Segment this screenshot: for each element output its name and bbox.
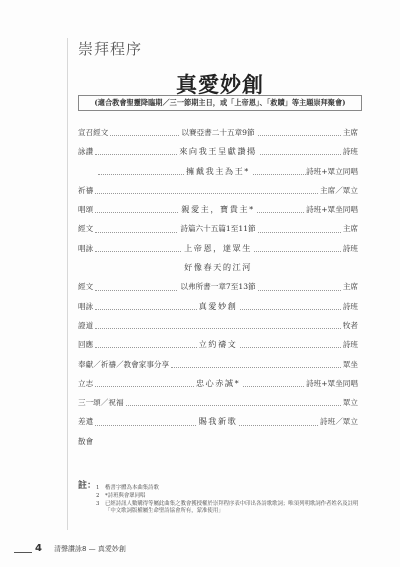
item-leader: 眾立 [343, 393, 358, 412]
footer-title: 清聲讚詠8 — 真愛妙創 [54, 544, 126, 554]
item-label: 唱詠 [78, 297, 93, 316]
section-title: 崇拜程序 [78, 38, 142, 59]
note-item: 3已經詩訊人數購得等屬此曲集之教會獲授權於崇拜程序表中印出各詩歌歌詞；唯須列明歌… [96, 501, 368, 517]
service-item: 祈禱主席／眾立 [78, 181, 358, 200]
note-number: 1 [96, 485, 105, 493]
leader-dots [95, 328, 341, 329]
service-item: 經文詩篇六十五篇1至11節主席 [78, 219, 358, 238]
item-label: 證道 [78, 316, 93, 335]
hymn-title: 好像春天的江河 [78, 258, 358, 277]
service-item: 立志忠心赤誠*詩班+眾坐同唱 [78, 374, 358, 393]
hymn-title: 賜我新歌 [78, 412, 358, 431]
service-item: 宣召經文以賽亞書二十五章9節主席 [78, 123, 358, 142]
subtitle-box: (適合教會聖靈降臨期／三一節期主日，或「上帝恩」、「救贖」等主題崇拜聚會) [78, 95, 362, 111]
item-label: 回應 [78, 335, 93, 354]
leader-dots [95, 347, 341, 348]
item-leader: 牧者 [343, 316, 358, 335]
leader-dots [126, 405, 341, 406]
item-label: 宣召經文 [78, 123, 108, 142]
leader-dots [95, 290, 341, 291]
leader-dots [110, 135, 340, 136]
hymn-title: 立約禱文 [78, 335, 358, 354]
page-number: 4 [35, 543, 42, 554]
item-label: 立志 [78, 374, 93, 393]
service-item: 好像春天的江河 [78, 258, 358, 277]
note-text: *詩班與會眾同唱 [105, 493, 145, 501]
notes-list: 1楷書字體為本曲集詩歌2*詩班與會眾同唱3已經詩訊人數購得等屬此曲集之教會獲授權… [96, 485, 368, 516]
item-label: 唱頌 [78, 200, 93, 219]
item-label: 三一頌／祝福 [78, 393, 124, 412]
page-footer: 4 清聲讚詠8 — 真愛妙創 [14, 543, 126, 554]
service-item: 唱詠上帝恩，達眾生詩班 [78, 239, 358, 258]
item-label: 詠讚 [78, 142, 93, 161]
leader-dots [98, 174, 306, 175]
leader-dots [95, 232, 341, 233]
notes-heading: 註： [78, 483, 96, 491]
service-item: 回應立約禱文詩班 [78, 335, 358, 354]
hymn-title: 來向我王呈獻讚揚 [78, 142, 358, 161]
item-leader: 詩班 [343, 297, 358, 316]
footer-rule [14, 552, 32, 553]
scripture-reference: 詩篇六十五篇1至11節 [78, 219, 358, 238]
leader-dots [171, 367, 341, 368]
service-item: 唱詠真愛妙創詩班 [78, 297, 358, 316]
item-label: 奉獻／祈禱／教會家事分享 [78, 355, 169, 374]
leader-dots [95, 251, 341, 252]
item-leader: 主席 [343, 219, 358, 238]
order-of-service: 宣召經文以賽亞書二十五章9節主席詠讚來向我王呈獻讚揚詩班擁戴我主為王*詩班+眾立… [78, 123, 358, 451]
item-content: 好像春天的江河 [182, 262, 254, 272]
item-leader: 詩班 [343, 335, 358, 354]
item-leader: 詩班+眾立同唱 [306, 162, 358, 181]
footnotes: 註： 1楷書字體為本曲集詩歌2*詩班與會眾同唱3已經詩訊人數購得等屬此曲集之教會… [78, 485, 368, 516]
item-leader: 主席 [343, 123, 358, 142]
service-item: 證道牧者 [78, 316, 358, 335]
note-item: 2*詩班與會眾同唱 [96, 493, 368, 501]
service-item: 差遣賜我新歌詩班／眾立 [78, 412, 358, 431]
item-label: 經文 [78, 277, 93, 296]
service-item: 經文以弗所書一章7至13節主席 [78, 277, 358, 296]
hymn-title: 真愛妙創 [78, 297, 358, 316]
service-item: 三一頌／祝福眾立 [78, 393, 358, 412]
leader-dots [95, 425, 318, 426]
item-label: 祈禱 [78, 181, 93, 200]
leader-dots [95, 212, 304, 213]
leader-dots [95, 309, 341, 310]
item-leader: 詩班 [343, 142, 358, 161]
item-label: 經文 [78, 219, 93, 238]
item-leader: 詩班+眾坐同唱 [306, 374, 358, 393]
note-text: 楷書字體為本曲集詩歌 [105, 485, 159, 493]
item-leader: 詩班+眾坐同唱 [306, 200, 358, 219]
service-item: 奉獻／祈禱／教會家事分享眾坐 [78, 355, 358, 374]
service-item: 擁戴我主為王*詩班+眾立同唱 [78, 162, 358, 181]
scripture-reference: 以賽亞書二十五章9節 [78, 123, 358, 142]
leader-dots [95, 386, 304, 387]
item-leader: 詩班 [343, 239, 358, 258]
note-item: 1楷書字體為本曲集詩歌 [96, 485, 368, 493]
margin-rule [67, 38, 68, 530]
note-text: 已經詩訊人數購得等屬此曲集之教會獲授權於崇拜程序表中印出各詩歌歌詞；唯須列明歌詞… [105, 501, 368, 517]
item-leader: 詩班／眾立 [320, 412, 358, 431]
note-number: 3 [96, 501, 105, 517]
item-label: 散會 [78, 432, 93, 451]
leader-dots [95, 193, 318, 194]
scripture-reference: 以弗所書一章7至13節 [78, 277, 358, 296]
item-leader: 主席 [343, 277, 358, 296]
item-label: 唱詠 [78, 239, 93, 258]
hymn-title: 上帝恩，達眾生 [78, 239, 358, 258]
item-leader: 主席／眾立 [320, 181, 358, 200]
leader-dots [95, 154, 341, 155]
service-item: 散會 [78, 432, 358, 451]
item-label: 差遣 [78, 412, 93, 431]
note-number: 2 [96, 493, 105, 501]
service-item: 唱頌親愛主，寶貴主*詩班+眾坐同唱 [78, 200, 358, 219]
service-item: 詠讚來向我王呈獻讚揚詩班 [78, 142, 358, 161]
item-leader: 眾坐 [343, 355, 358, 374]
